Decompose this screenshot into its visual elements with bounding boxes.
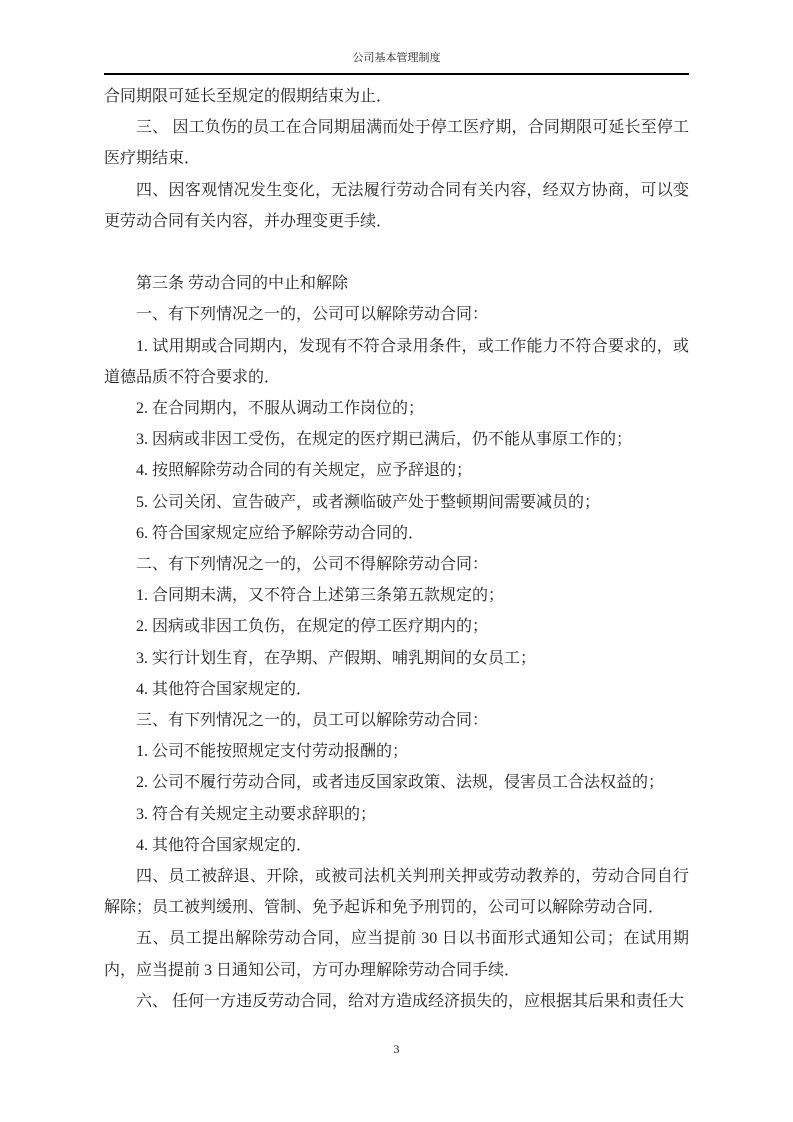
list-item: 2. 公司不履行劳动合同，或者违反国家政策、法规，侵害员工合法权益的；: [104, 767, 689, 798]
document-page: 公司基本管理制度 合同期限可延长至规定的假期结束为止． 三、 因工负伤的员工在合…: [0, 0, 793, 1122]
body-paragraph: 二、有下列情况之一的，公司不得解除劳动合同：: [104, 549, 689, 580]
page-footer: 3: [0, 1041, 793, 1057]
list-item: 1. 试用期或合同期内，发现有不符合录用条件，或工作能力不符合要求的，或道德品质…: [104, 331, 689, 393]
list-item: 4. 其他符合国家规定的．: [104, 830, 689, 861]
header-title: 公司基本管理制度: [353, 52, 441, 64]
section-heading: 第三条 劳动合同的中止和解除: [104, 268, 689, 299]
body-paragraph: 三、有下列情况之一的，员工可以解除劳动合同：: [104, 705, 689, 736]
list-item: 6. 符合国家规定应给予解除劳动合同的．: [104, 518, 689, 549]
list-item: 1. 公司不能按照规定支付劳动报酬的；: [104, 736, 689, 767]
body-paragraph: 一、有下列情况之一的，公司可以解除劳动合同：: [104, 299, 689, 330]
list-item: 2. 在合同期内，不服从调动工作岗位的；: [104, 393, 689, 424]
list-item: 4. 按照解除劳动合同的有关规定，应予辞退的；: [104, 455, 689, 486]
body-paragraph: 四、员工被辞退、开除，或被司法机关判刑关押或劳动教养的，劳动合同自行解除；员工被…: [104, 861, 689, 923]
list-item: 4. 其他符合国家规定的．: [104, 674, 689, 705]
list-item: 3. 因病或非因工受伤，在规定的医疗期已满后，仍不能从事原工作的；: [104, 424, 689, 455]
body-paragraph: 五、员工提出解除劳动合同，应当提前 30 日以书面形式通知公司；在试用期内，应当…: [104, 923, 689, 985]
body-paragraph: 合同期限可延长至规定的假期结束为止．: [104, 81, 689, 112]
list-item: 1. 合同期未满，又不符合上述第三条第五款规定的；: [104, 580, 689, 611]
list-item: 5. 公司关闭、宣告破产，或者濒临破产处于整顿期间需要减员的；: [104, 487, 689, 518]
list-item: 3. 实行计划生育，在孕期、产假期、哺乳期间的女员工；: [104, 643, 689, 674]
list-item: 2. 因病或非因工负伤，在规定的停工医疗期内的；: [104, 611, 689, 642]
body-paragraph: 六、 任何一方违反劳动合同，给对方造成经济损失的，应根据其后果和责任大: [104, 986, 689, 1017]
blank-line: [104, 237, 689, 268]
body-paragraph: 三、 因工负伤的员工在合同期届满而处于停工医疗期，合同期限可延长至停工医疗期结束…: [104, 112, 689, 174]
page-number: 3: [394, 1042, 400, 1056]
body-paragraph: 四、因客观情况发生变化，无法履行劳动合同有关内容，经双方协商，可以变更劳动合同有…: [104, 175, 689, 237]
list-item: 3. 符合有关规定主动要求辞职的；: [104, 799, 689, 830]
page-header: 公司基本管理制度: [104, 51, 689, 75]
document-body: 合同期限可延长至规定的假期结束为止． 三、 因工负伤的员工在合同期届满而处于停工…: [104, 81, 689, 1017]
